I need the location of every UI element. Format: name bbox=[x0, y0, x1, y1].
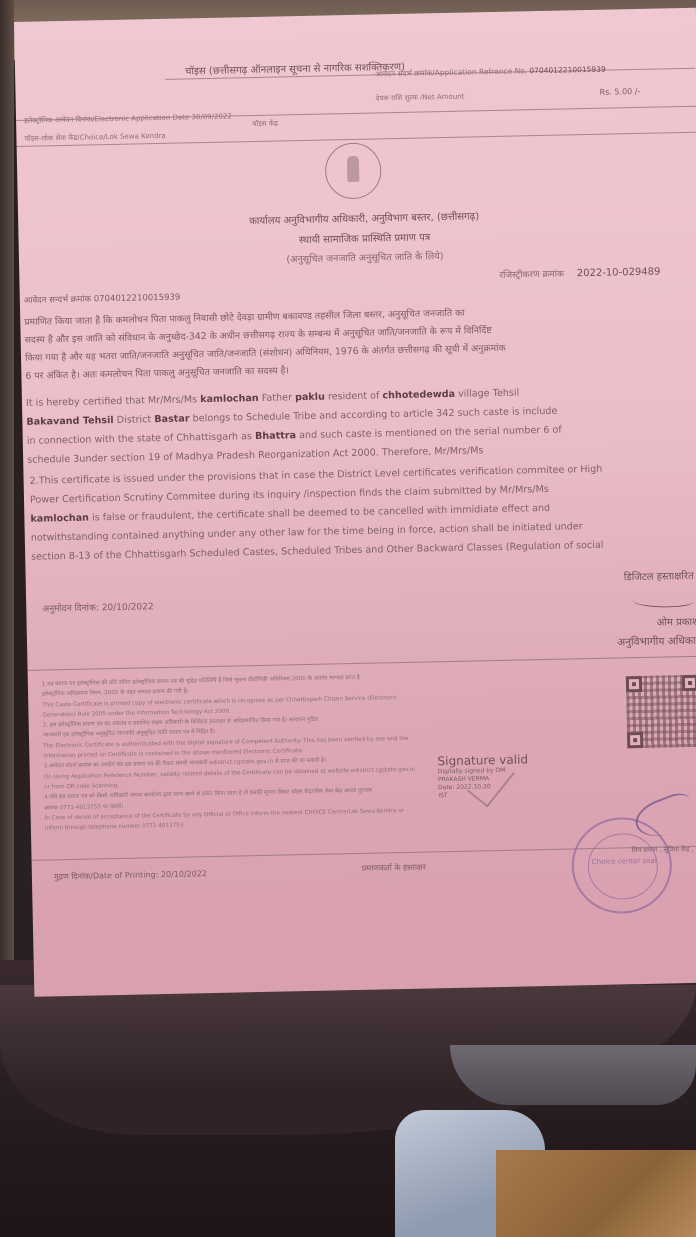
father-name: paklu bbox=[295, 392, 325, 404]
district-name: Bastar bbox=[154, 413, 190, 425]
registration-number: रजिस्ट्रीकरण क्रमांक 2022-10-029489 bbox=[499, 265, 660, 281]
qr-finder bbox=[627, 732, 643, 748]
operator-signature-label: प्रमाणकर्ता के हस्ताक्षर bbox=[362, 862, 426, 874]
text: It is hereby certified that Mr/Mrs/Ms bbox=[26, 394, 197, 409]
print-date-label: मुद्रण दिनांक/Date of Printing: bbox=[54, 870, 159, 881]
ground bbox=[496, 1150, 696, 1237]
hindi-certification-paragraph: प्रमाणित किया जाता है कि कमलोचन पिता पाक… bbox=[24, 300, 696, 386]
application-date: इलेक्ट्रॉनिक आवेदन दिनांक/Electronic App… bbox=[24, 112, 232, 125]
choice-center-label: चॉइस केंद्र bbox=[252, 119, 278, 129]
seal-label: Choice center seal bbox=[592, 857, 657, 866]
officer-name: ओम प्रकाश व bbox=[657, 614, 696, 629]
signature-valid-title: Signature valid bbox=[437, 753, 528, 768]
application-ref-label: आवेदन संदर्भ क्रमांक/Application Refrenc… bbox=[375, 66, 527, 78]
net-amount-label: देयक राशि शुल्क /Net Amount bbox=[376, 93, 465, 104]
text: Father bbox=[262, 392, 292, 404]
qr-finder bbox=[626, 676, 642, 692]
tehsil-name: Bakavand Tehsil bbox=[26, 415, 114, 428]
registration-label: रजिस्ट्रीकरण क्रमांक bbox=[499, 270, 564, 281]
text: in connection with the state of Chhattis… bbox=[27, 431, 252, 447]
signature-scribble-icon bbox=[632, 593, 694, 608]
text: and such caste is mentioned on the seria… bbox=[299, 425, 562, 441]
english-certification-paragraph: It is hereby certified that Mr/Mrs/Ms ka… bbox=[26, 379, 696, 469]
qr-finder bbox=[682, 675, 696, 691]
officer-title: अनुविभागीय अधिका bbox=[617, 634, 696, 650]
background-left-edge bbox=[0, 0, 14, 1000]
print-date: मुद्रण दिनांक/Date of Printing: 20/10/20… bbox=[54, 868, 207, 882]
holder-name: kamlochan bbox=[200, 393, 259, 405]
net-amount: Rs. 5.00 /- bbox=[600, 87, 641, 97]
holder-name: kamlochan bbox=[30, 513, 89, 525]
state-emblem-icon bbox=[325, 142, 382, 199]
village-name: chhotedewda bbox=[382, 389, 455, 402]
sleeve bbox=[450, 1045, 696, 1105]
digital-signatory-label: डिजिटल हस्ताक्षरित bbox=[624, 568, 694, 583]
text: village Tehsil bbox=[458, 388, 519, 400]
application-ref-line: आवेदन सन्दर्भ क्रमांक 0704012210015939 bbox=[24, 292, 181, 306]
registration-value: 2022-10-029489 bbox=[577, 267, 661, 280]
application-ref-no: 0704012210015939 bbox=[529, 65, 606, 76]
choice-line: चॉइस-लोक सेवा केंद्र/Choice/Lok Sewa Ken… bbox=[24, 132, 165, 144]
certificate-paper: चॉइस (छत्तीसगढ़ ऑनलाइन सूचना से नागरिक स… bbox=[14, 8, 696, 997]
application-ref: आवेदन संदर्भ क्रमांक/Application Refrenc… bbox=[375, 65, 606, 80]
approval-date-value: 20/10/2022 bbox=[102, 602, 154, 613]
qr-code-icon[interactable] bbox=[626, 675, 696, 748]
caste-name: Bhattra bbox=[255, 430, 296, 442]
print-date-value: 20/10/2022 bbox=[161, 869, 207, 879]
text: resident of bbox=[328, 390, 380, 402]
footer-notes: 1.यह प्रमाण पत्र इलेक्ट्रॉनिक की प्रति ज… bbox=[42, 668, 605, 834]
approval-date-label: अनुमोदन दिनांक: bbox=[42, 603, 99, 614]
clause-2-paragraph: 2.This certificate is issued under the p… bbox=[29, 457, 696, 566]
text: District bbox=[117, 414, 152, 426]
application-date-label: इलेक्ट्रॉनिक आवेदन दिनांक/Electronic App… bbox=[24, 113, 189, 124]
application-date-value: 30/09/2022 bbox=[191, 112, 232, 121]
approval-date: अनुमोदन दिनांक: 20/10/2022 bbox=[42, 599, 154, 614]
